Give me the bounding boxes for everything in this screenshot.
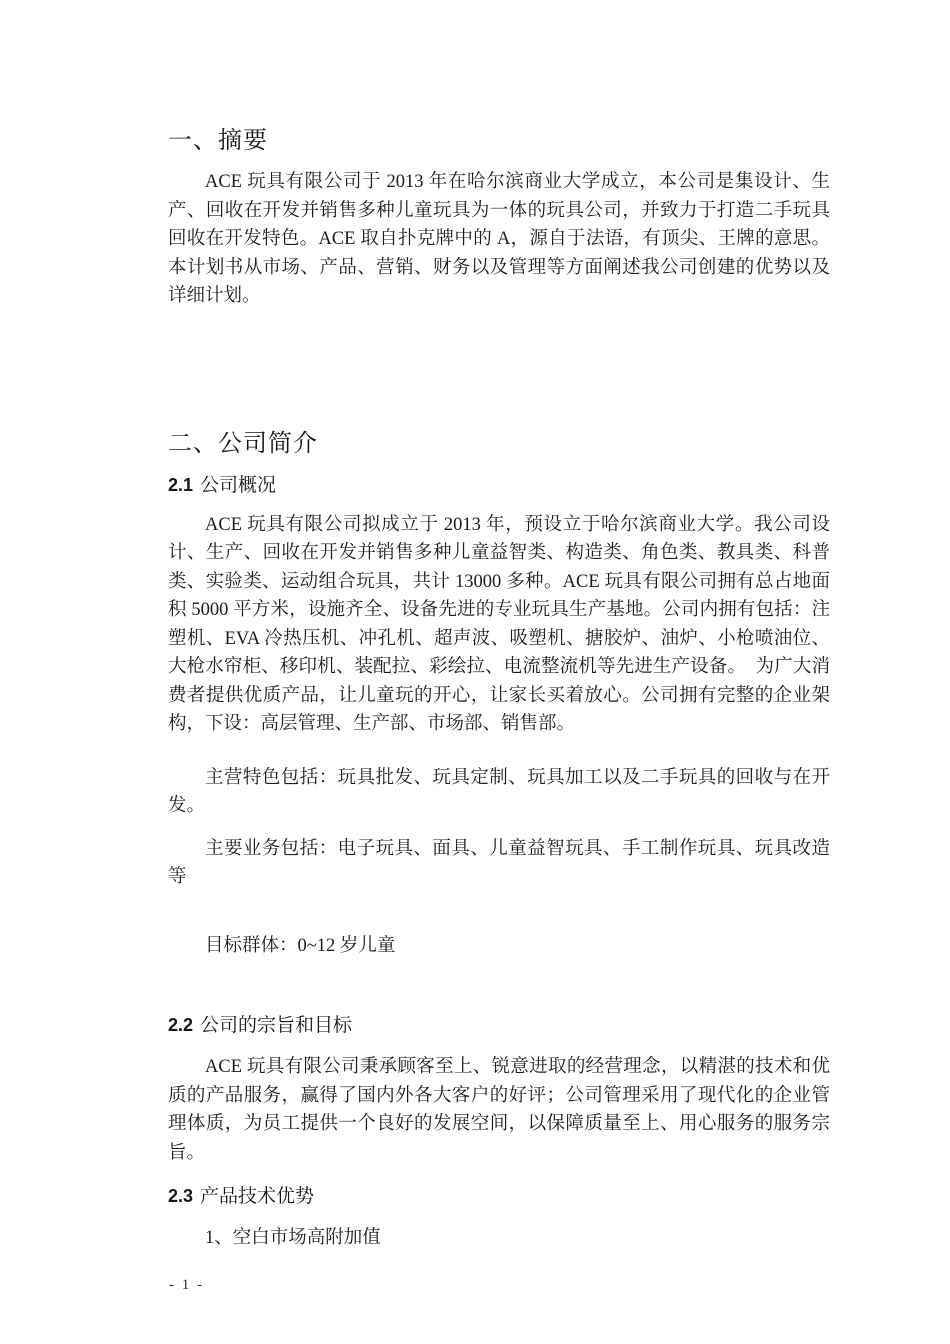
target-group-line: 目标群体：0~12 岁儿童 [168,932,830,961]
company-mission-paragraph: ACE 玩具有限公司秉承顾客至上、锐意进取的经营理念，以精湛的技术和优质的产品服… [168,1053,830,1167]
page-number: - 1 - [169,1277,830,1294]
subheading-product-advantage: 2.3产品技术优势 [168,1183,830,1210]
subheading-company-mission: 2.2公司的宗旨和目标 [168,1012,830,1039]
document-page: 一、摘要 ACE 玩具有限公司于 2013 年在哈尔滨商业大学成立，本公司是集设… [0,0,950,1344]
subheading-number: 2.1 [168,475,193,495]
main-business-paragraph: 主要业务包括：电子玩具、面具、儿童益智玩具、手工制作玩具、玩具改造等 [168,835,830,892]
main-features-paragraph: 主营特色包括：玩具批发、玩具定制、玩具加工以及二手玩具的回收与在开发。 [168,764,830,821]
advantage-item-1: 1、空白市场高附加值 [168,1224,830,1253]
subheading-company-overview: 2.1公司概况 [168,472,830,499]
section-heading-company-intro: 二、公司简介 [168,429,830,459]
section-heading-summary: 一、摘要 [168,126,830,156]
company-overview-paragraph: ACE 玩具有限公司拟成立于 2013 年，预设立于哈尔滨商业大学。我公司设计、… [168,511,830,739]
subheading-number: 2.3 [168,1186,193,1206]
subheading-title: 公司的宗旨和目标 [200,1015,352,1036]
subheading-title: 产品技术优势 [200,1186,314,1207]
summary-paragraph: ACE 玩具有限公司于 2013 年在哈尔滨商业大学成立，本公司是集设计、生产、… [168,168,830,311]
subheading-title: 公司概况 [200,475,276,496]
subheading-number: 2.2 [168,1015,193,1035]
